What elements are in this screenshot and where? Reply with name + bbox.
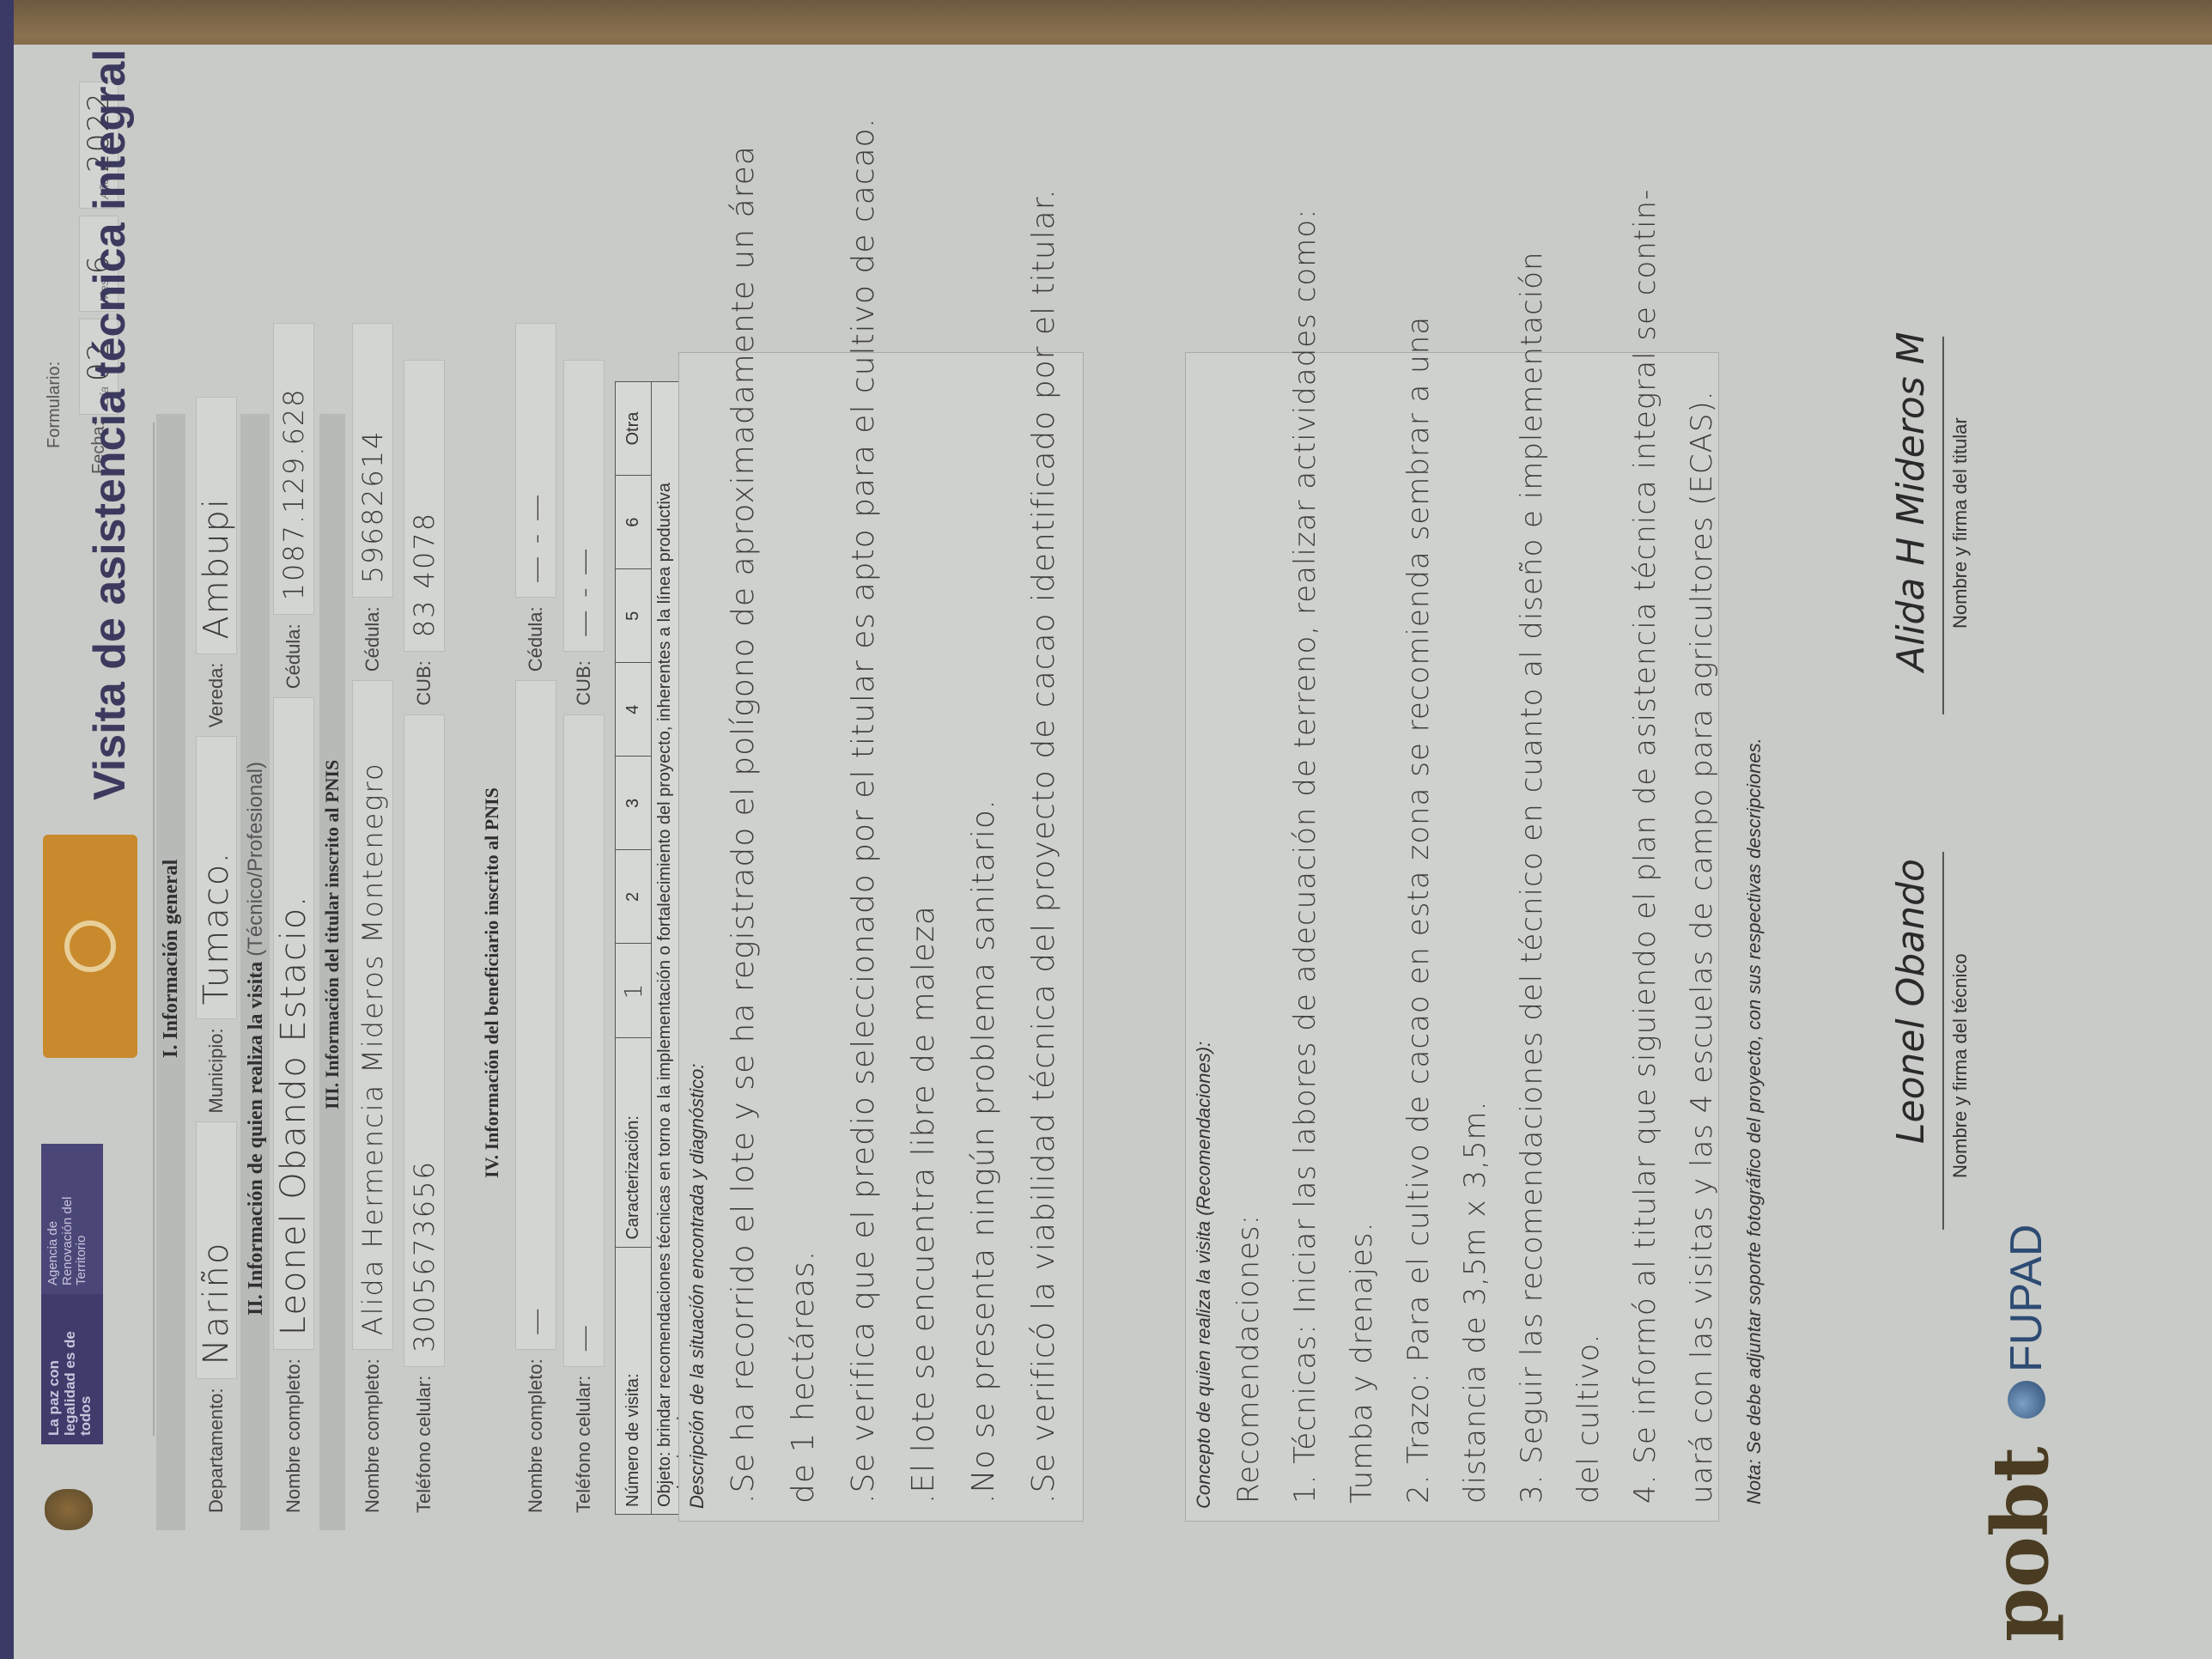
concepto-line: Tumba y drenajes.	[1334, 370, 1390, 1504]
tecnico-signature-line	[1942, 852, 1944, 1230]
beneficiario-nombre-label: Nombre completo:	[525, 1358, 547, 1513]
partner-mark-logo: pobt	[1975, 1447, 2066, 1642]
beneficiario-row-2: Teléfono celular: — CUB: — - —	[563, 360, 605, 1513]
visit-col-otra[interactable]: Otra	[616, 382, 652, 476]
descripcion-line: de 1 hectáreas.	[774, 370, 834, 1504]
visit-col-2[interactable]: 2	[616, 850, 652, 944]
descripcion-text: .Se ha recorrido el lote y se ha registr…	[714, 370, 1074, 1504]
descripcion-line: .Se verifica que el predio seleccionado …	[834, 370, 894, 1504]
visit-col-5[interactable]: 5	[616, 569, 652, 663]
concepto-box[interactable]: Concepto de quien realiza la visita (Rec…	[1185, 352, 1719, 1522]
concepto-line: del cultivo.	[1560, 370, 1617, 1504]
visit-col-4[interactable]: 4	[616, 663, 652, 757]
titular-signature-line	[1942, 337, 1944, 714]
beneficiario-cedula-field[interactable]: — - —	[515, 323, 556, 598]
titular-signature: Alida H Mideros M	[1889, 331, 1933, 671]
concepto-line: Recomendaciones:	[1220, 370, 1277, 1504]
concepto-line: 4. Se informó al titular que siguiendo e…	[1617, 370, 1674, 1504]
fupad-logo: FUPAD	[2001, 1224, 2052, 1419]
descripcion-label: Descripción de la situación encontrada y…	[686, 1063, 708, 1509]
beneficiario-cedula-value: — - —	[520, 493, 552, 584]
caracterizacion-label: Caracterización:	[616, 1037, 652, 1247]
tecnico-signature-label: Nombre y firma del técnico	[1949, 953, 1972, 1178]
titular-signature-label: Nombre y firma del titular	[1949, 417, 1972, 629]
beneficiario-telefono-label: Teléfono celular:	[573, 1376, 595, 1513]
concepto-line: 1. Técnicas: Iniciar las labores de adec…	[1277, 370, 1334, 1504]
fupad-text: FUPAD	[2001, 1224, 2052, 1372]
visit-col-1[interactable]: 1	[616, 944, 652, 1037]
descripcion-line: .El lote se encuentra libre de maleza	[894, 370, 954, 1504]
tecnico-signature: Leonel Obando	[1889, 859, 1933, 1144]
numero-visita-label: Número de visita:	[616, 1247, 652, 1514]
descripcion-line: .Se ha recorrido el lote y se ha registr…	[714, 370, 774, 1504]
beneficiario-cub-label: CUB:	[573, 660, 595, 706]
form-body: Nombre completo: — Cédula: — - — Teléfon…	[0, 0, 2212, 1659]
beneficiario-nombre-value: —	[520, 1306, 552, 1335]
beneficiario-row-1: Nombre completo: — Cédula: — - —	[515, 323, 556, 1513]
concepto-line: 3. Seguir las recomendaciones del técnic…	[1504, 370, 1560, 1504]
globe-icon	[2008, 1381, 2045, 1419]
visit-number-row: Número de visita: Caracterización: 1 2 3…	[616, 382, 652, 1515]
concepto-line: uará con las visitas y las 4 escuelas de…	[1674, 370, 1730, 1504]
beneficiario-cub-value: — - —	[568, 546, 600, 637]
descripcion-box[interactable]: Descripción de la situación encontrada y…	[678, 352, 1084, 1522]
visit-col-6[interactable]: 6	[616, 476, 652, 569]
nota-text: Nota: Se debe adjuntar soporte fotográfi…	[1743, 738, 1765, 1504]
concepto-text: Recomendaciones: 1. Técnicas: Iniciar la…	[1220, 370, 1730, 1504]
descripcion-line: .Se verificó la viabilidad técnica del p…	[1014, 370, 1074, 1504]
visit-col-1-mark: 1	[619, 982, 647, 1000]
beneficiario-telefono-field[interactable]: —	[563, 714, 605, 1367]
concepto-line: distancia de 3,5m x 3,5m.	[1447, 370, 1504, 1504]
beneficiario-cedula-label: Cédula:	[525, 606, 547, 671]
concepto-label: Concepto de quien realiza la visita (Rec…	[1193, 1042, 1215, 1509]
beneficiario-nombre-field[interactable]: —	[515, 680, 556, 1350]
beneficiario-telefono-value: —	[568, 1323, 600, 1352]
descripcion-line: .No se presenta ningún problema sanitari…	[954, 370, 1014, 1504]
beneficiario-cub-field[interactable]: — - —	[563, 360, 605, 652]
visit-col-3[interactable]: 3	[616, 757, 652, 850]
concepto-line: 2. Trazo: Para el cultivo de cacao en es…	[1390, 370, 1447, 1504]
